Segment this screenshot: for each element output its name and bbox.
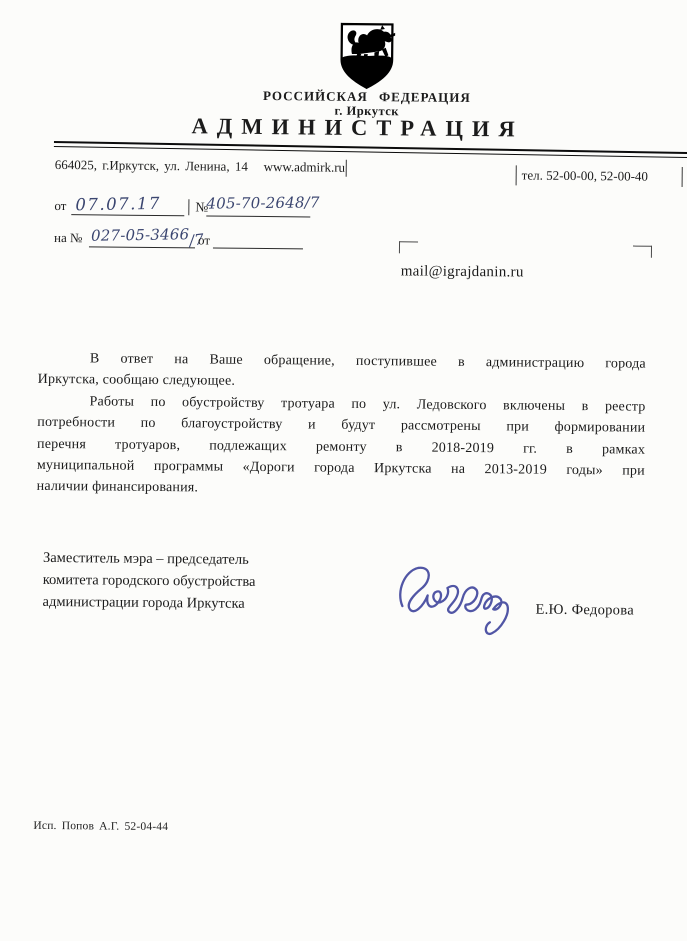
letter-content: РОССИЙСКАЯ ФЕДЕРАЦИЯ г. Иркутск АДМИНИСТ… <box>0 0 687 941</box>
executor-note: Исп. Попов А.Г. 52-04-44 <box>33 820 168 833</box>
separator-tick <box>346 160 347 177</box>
handwritten-number: 405-70-2648/7 <box>206 193 319 212</box>
position-line: администрации города Иркутска <box>42 591 255 615</box>
signatory-position: Заместитель мэра – председатель комитета… <box>42 547 255 615</box>
reply-to-number-label: на № <box>54 230 83 246</box>
irkutsk-coat-of-arms <box>338 22 397 91</box>
handwritten-date: 07.07.17 <box>71 193 161 214</box>
separator-tick <box>188 199 189 215</box>
separator-tick <box>682 167 683 187</box>
address-corner-bracket-left <box>399 241 418 253</box>
reply-to-number-field: 027-05-3466/7 <box>89 225 195 248</box>
handwritten-reply-number: 027-05-3466/7 <box>89 225 205 245</box>
website: www.admirk.ru <box>264 159 346 175</box>
position-line: Заместитель мэра – председатель <box>43 547 256 571</box>
outgoing-date-label: от <box>54 198 66 214</box>
reply-date-label: от <box>198 232 210 248</box>
reply-date-field <box>213 231 303 250</box>
reply-number: 027-05-3466 <box>91 225 190 245</box>
separator-tick <box>516 165 517 185</box>
outgoing-date-field: 07.07.17 <box>71 193 184 216</box>
letter-body: В ответ на Ваше обращение, поступившее в… <box>37 348 646 504</box>
double-rule <box>54 141 687 158</box>
org-phone: тел. 52-00-00, 52-00-40 <box>522 167 648 184</box>
org-address: 664025, г.Иркутск, ул. Ленина, 14 www.ad… <box>55 157 345 176</box>
outgoing-number-field: 405-70-2648/7 <box>206 193 310 217</box>
organization-title: АДМИНИСТРАЦИЯ <box>0 111 687 144</box>
address-corner-bracket-right <box>633 246 652 258</box>
recipient-email: mail@igrajdanin.ru <box>401 263 524 281</box>
signatory-name: Е.Ю. Федорова <box>535 602 634 620</box>
position-line: комитета городского обустройства <box>43 569 256 593</box>
scanned-letter-page: РОССИЙСКАЯ ФЕДЕРАЦИЯ г. Иркутск АДМИНИСТ… <box>0 0 687 941</box>
handwritten-signature <box>383 551 529 644</box>
postal-address: 664025, г.Иркутск, ул. Ленина, 14 <box>55 157 248 174</box>
